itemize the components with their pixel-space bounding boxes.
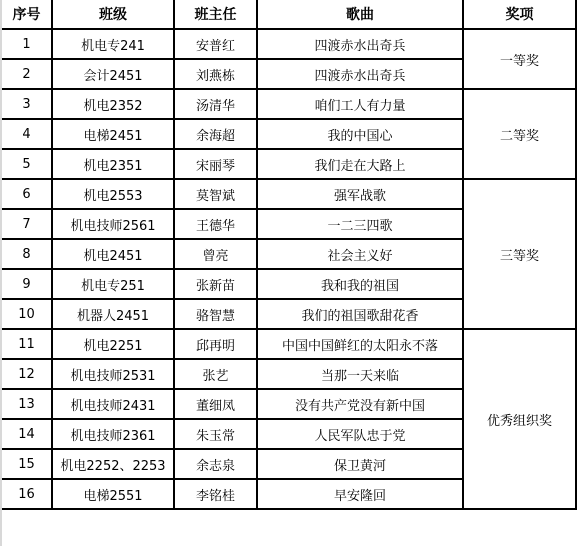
cell-song: 我们的祖国歌甜花香 (257, 299, 463, 329)
cell-song: 当那一天来临 (257, 359, 463, 389)
cell-song: 四渡赤水出奇兵 (257, 59, 463, 89)
cell-song: 四渡赤水出奇兵 (257, 29, 463, 59)
table-row: 6 机电2553 莫智斌 强军战歌 三等奖 (2, 179, 576, 209)
cell-song: 社会主义好 (257, 239, 463, 269)
cell-no: 11 (2, 329, 52, 359)
cell-award-second-prize: 二等奖 (463, 89, 576, 179)
cell-award-third-prize: 三等奖 (463, 179, 576, 329)
cell-class: 电梯2451 (52, 119, 174, 149)
cell-class: 机电专241 (52, 29, 174, 59)
cell-teacher: 李铭桂 (174, 479, 257, 509)
cell-teacher: 宋丽琴 (174, 149, 257, 179)
cell-teacher: 董细凤 (174, 389, 257, 419)
cell-class: 机电2451 (52, 239, 174, 269)
cell-song: 中国中国鲜红的太阳永不落 (257, 329, 463, 359)
cell-class: 机电2252、2253 (52, 449, 174, 479)
cell-teacher: 莫智斌 (174, 179, 257, 209)
cell-class: 电梯2551 (52, 479, 174, 509)
cell-no: 9 (2, 269, 52, 299)
cell-song: 我们走在大路上 (257, 149, 463, 179)
cell-class: 会计2451 (52, 59, 174, 89)
header-award: 奖项 (463, 0, 576, 29)
cell-no: 16 (2, 479, 52, 509)
header-class: 班级 (52, 0, 174, 29)
cell-teacher: 张新苗 (174, 269, 257, 299)
cell-teacher: 余志泉 (174, 449, 257, 479)
cell-class: 机电技师2431 (52, 389, 174, 419)
header-teacher: 班主任 (174, 0, 257, 29)
cell-class: 机电技师2361 (52, 419, 174, 449)
cell-teacher: 曾亮 (174, 239, 257, 269)
cell-teacher: 余海超 (174, 119, 257, 149)
cell-class: 机电专251 (52, 269, 174, 299)
cell-class: 机电2251 (52, 329, 174, 359)
header-row: 序号 班级 班主任 歌曲 奖项 (2, 0, 576, 29)
cell-teacher: 邱再明 (174, 329, 257, 359)
cell-no: 8 (2, 239, 52, 269)
cell-teacher: 张艺 (174, 359, 257, 389)
cell-no: 13 (2, 389, 52, 419)
cell-song: 早安隆回 (257, 479, 463, 509)
cell-teacher: 刘燕栋 (174, 59, 257, 89)
cell-song: 一二三四歌 (257, 209, 463, 239)
cell-class: 机电2352 (52, 89, 174, 119)
header-no: 序号 (2, 0, 52, 29)
cell-award-first-prize: 一等奖 (463, 29, 576, 89)
cell-teacher: 王德华 (174, 209, 257, 239)
cell-no: 4 (2, 119, 52, 149)
cell-teacher: 安普红 (174, 29, 257, 59)
cell-teacher: 朱玉常 (174, 419, 257, 449)
cell-no: 15 (2, 449, 52, 479)
table-row: 1 机电专241 安普红 四渡赤水出奇兵 一等奖 (2, 29, 576, 59)
cell-teacher: 骆智慧 (174, 299, 257, 329)
cell-no: 10 (2, 299, 52, 329)
cell-class: 机电技师2561 (52, 209, 174, 239)
cell-no: 7 (2, 209, 52, 239)
cell-song: 强军战歌 (257, 179, 463, 209)
cell-song: 没有共产党没有新中国 (257, 389, 463, 419)
cell-song: 保卫黄河 (257, 449, 463, 479)
cell-song: 咱们工人有力量 (257, 89, 463, 119)
cell-no: 1 (2, 29, 52, 59)
cell-no: 3 (2, 89, 52, 119)
cell-class: 机电2553 (52, 179, 174, 209)
cell-class: 机器人2451 (52, 299, 174, 329)
cell-class: 机电2351 (52, 149, 174, 179)
cell-no: 5 (2, 149, 52, 179)
cell-song: 人民军队忠于党 (257, 419, 463, 449)
cell-no: 6 (2, 179, 52, 209)
cell-teacher: 汤清华 (174, 89, 257, 119)
cell-song: 我和我的祖国 (257, 269, 463, 299)
cell-song: 我的中国心 (257, 119, 463, 149)
cell-no: 2 (2, 59, 52, 89)
cell-class: 机电技师2531 (52, 359, 174, 389)
table-row: 3 机电2352 汤清华 咱们工人有力量 二等奖 (2, 89, 576, 119)
header-song: 歌曲 (257, 0, 463, 29)
cell-no: 14 (2, 419, 52, 449)
awards-table: 序号 班级 班主任 歌曲 奖项 1 机电专241 安普红 四渡赤水出奇兵 一等奖… (2, 0, 577, 510)
cell-no: 12 (2, 359, 52, 389)
table-row: 11 机电2251 邱再明 中国中国鲜红的太阳永不落 优秀组织奖 (2, 329, 576, 359)
cell-award-organization-prize: 优秀组织奖 (463, 329, 576, 509)
